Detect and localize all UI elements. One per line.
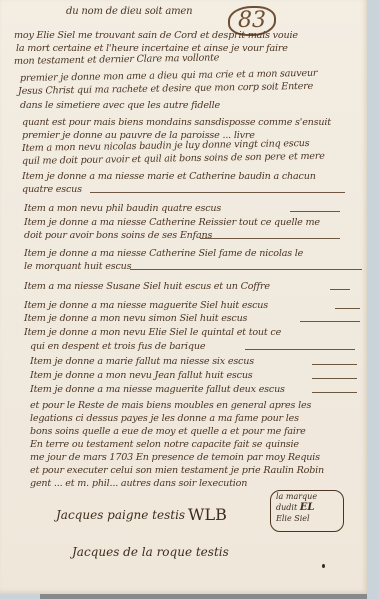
mark-label: Elie Siel — [271, 513, 343, 524]
text-line: Item je donne a ma niesse Catherine Reis… — [24, 217, 320, 228]
text-line: quatre escus — [22, 184, 82, 195]
text-line: En terre ou testament selon notre capaci… — [30, 439, 299, 450]
text-line: quant est pour mais biens mondains sansd… — [22, 117, 331, 128]
parchment-page: 83 du nom de dieu soit amen moy Elie Sie… — [0, 0, 367, 594]
text-line: Item je donne a ma niesse maguerite fall… — [30, 384, 285, 395]
text-line: dans le simetiere avec que les autre fid… — [20, 100, 220, 111]
text-line: doit pour avoir bons soins de ses Enfans — [24, 230, 212, 241]
text-line: Jesus Christ qui ma rachete et desire qu… — [18, 81, 313, 97]
text-line: Item je donne a mon nevu simon Siel huit… — [24, 313, 247, 324]
text-line: et pour executer celui son mien testamen… — [30, 465, 324, 476]
text-line: me jour de mars 1703 En presence de temo… — [30, 452, 320, 463]
line-filler-rule — [312, 392, 357, 393]
testator-mark: EL — [300, 502, 315, 513]
line-filler-rule — [330, 289, 350, 290]
ink-spot — [322, 564, 325, 568]
witness-signature: Jacques de la roque testis — [72, 545, 229, 559]
mark-label: la marque — [271, 491, 343, 502]
text-line: Item a ma niesse Susane Siel huit escus … — [24, 281, 270, 292]
line-filler-rule — [90, 192, 345, 193]
testator-mark-box: la marque dudit EL Elie Siel — [270, 490, 344, 532]
line-filler-rule — [200, 238, 340, 239]
text-line: Item je donne a ma niesse Catherine Siel… — [24, 248, 303, 259]
text-line: Item je donne a ma niesse marie et Cathe… — [22, 171, 316, 182]
text-line: le morquant huit escus — [24, 261, 131, 272]
text-line: Item je donne a marie fallut ma niesse s… — [30, 356, 254, 367]
witness-signature: Jacques paigne testis — [56, 508, 185, 522]
text-line: bons soins quelle a eue de moy et quelle… — [30, 426, 306, 437]
text-line: Item je donne a mon nevu Jean fallut hui… — [30, 370, 253, 381]
text-line: gent ... et m. phil... autres dans soir … — [30, 478, 247, 489]
line-filler-rule — [290, 211, 340, 212]
text-line: mon testament et dernier Clare ma vollon… — [14, 52, 219, 67]
text-line: Item a mon nevu phil baudin quatre escus — [24, 203, 221, 214]
text-line: qui en despent et trois fus de barique — [30, 341, 205, 352]
line-filler-rule — [312, 364, 357, 365]
invocation-line: du nom de dieu soit amen — [66, 6, 192, 17]
line-filler-rule — [335, 308, 360, 309]
line-filler-rule — [130, 269, 362, 270]
text-line: et pour le Reste de mais biens moubles e… — [30, 400, 311, 411]
text-line: Item je donne a mon nevu Elie Siel le qu… — [24, 327, 281, 338]
line-filler-rule — [312, 378, 357, 379]
line-filler-rule — [300, 321, 360, 322]
witness-initials: WLB — [188, 505, 227, 524]
mark-label-dudit: dudit — [276, 503, 297, 512]
text-line: la mort certaine et l'heure incertaine e… — [16, 43, 288, 54]
text-line: legations ci dessus payes je les donne a… — [30, 413, 299, 424]
line-filler-rule — [245, 349, 355, 350]
text-line: Item je donne a ma niesse maguerite Siel… — [24, 300, 268, 311]
text-line: moy Elie Siel me trouvant sain de Cord e… — [14, 30, 298, 41]
mark-label: dudit EL — [271, 502, 343, 513]
